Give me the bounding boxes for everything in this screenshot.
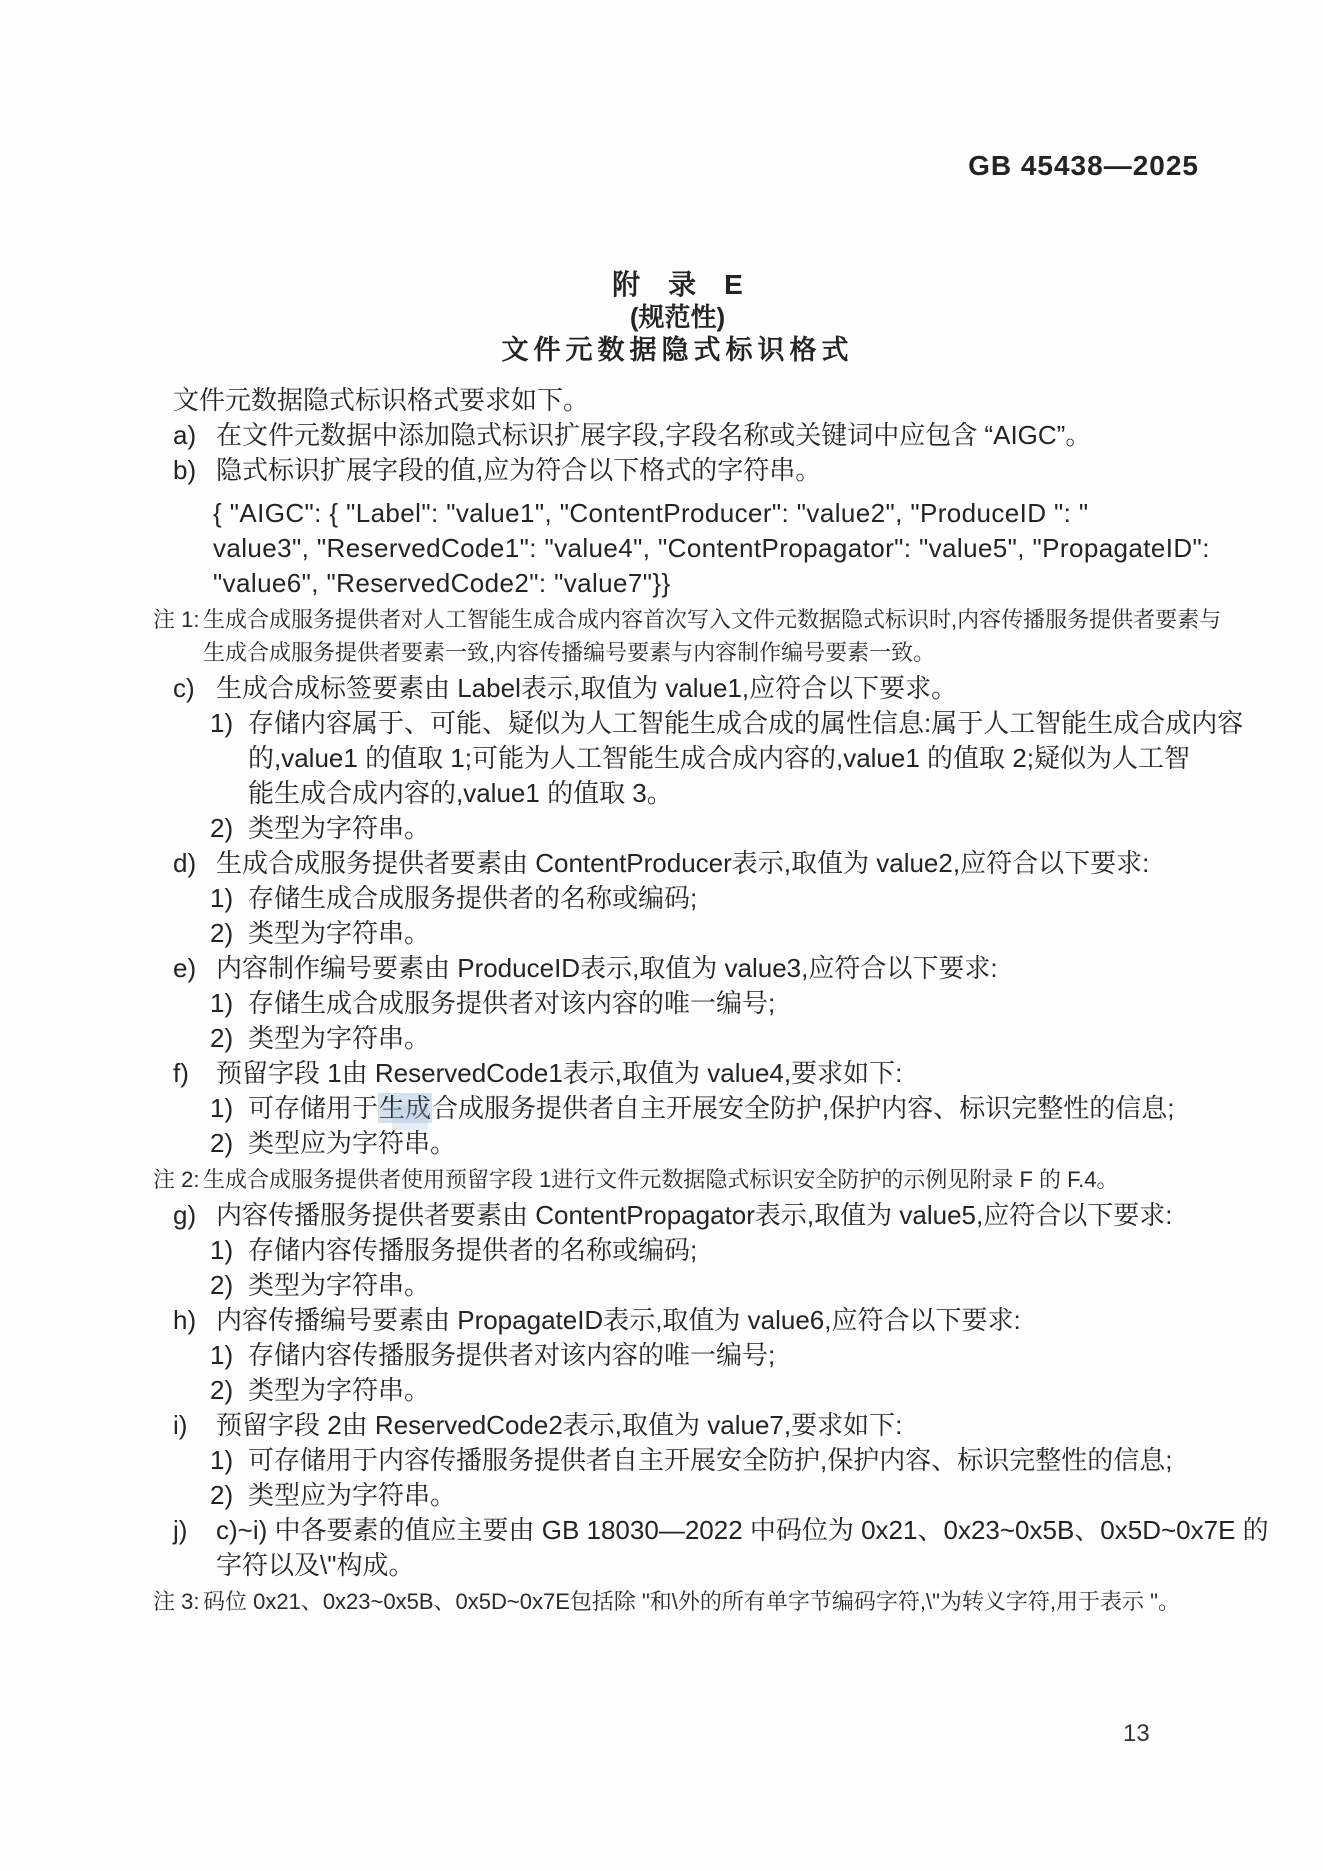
item-c: c)生成合成标签要素由 Label表示,取值为 value1,应符合以下要求。 <box>173 671 1213 706</box>
item-label: c) <box>173 671 216 706</box>
note-1: 注 1:生成合成服务提供者对人工智能生成合成内容首次写入文件元数据隐式标识时,内… <box>153 603 1213 669</box>
item-text: 存储内容属于、可能、疑似为人工智能生成合成的属性信息:属于人工智能生成合成内容的… <box>248 706 1213 811</box>
code-line: "value6", "ReservedCode2": "value7"}} <box>213 566 1213 601</box>
item-f-2: 2)类型应为字符串。 <box>210 1126 1213 1161</box>
item-text: 内容制作编号要素由 ProduceID表示,取值为 value3,应符合以下要求… <box>216 951 998 986</box>
item-f-1: 1)可存储用于生成合成服务提供者自主开展安全防护,保护内容、标识完整性的信息; <box>210 1091 1213 1126</box>
code-block: { "AIGC": { "Label": "value1", "ContentP… <box>213 496 1213 601</box>
item-g: g)内容传播服务提供者要素由 ContentPropagator表示,取值为 v… <box>173 1198 1213 1233</box>
item-label: a) <box>173 418 216 453</box>
item-i: i)预留字段 2由 ReservedCode2表示,取值为 value7,要求如… <box>173 1408 1213 1443</box>
code-line: { "AIGC": { "Label": "value1", "ContentP… <box>213 496 1213 531</box>
item-text: 类型为字符串。 <box>248 811 430 846</box>
item-label: 2) <box>210 1478 248 1513</box>
item-label: d) <box>173 846 216 881</box>
item-text: 类型应为字符串。 <box>248 1126 456 1161</box>
item-label: 2) <box>210 811 248 846</box>
document-body: 文件元数据隐式标识格式要求如下。 a)在文件元数据中添加隐式标识扩展字段,字段名… <box>145 383 1213 1620</box>
item-label: 2) <box>210 916 248 951</box>
item-label: 1) <box>210 706 248 811</box>
item-text: 内容传播编号要素由 PropagateID表示,取值为 value6,应符合以下… <box>216 1303 1021 1338</box>
item-text: 存储内容传播服务提供者对该内容的唯一编号; <box>248 1338 775 1373</box>
note-2: 注 2:生成合成服务提供者使用预留字段 1进行文件元数据隐式标识安全防护的示例见… <box>153 1163 1213 1196</box>
item-j: j)c)~i) 中各要素的值应主要由 GB 18030—2022 中码位为 0x… <box>173 1513 1213 1583</box>
item-label: 1) <box>210 1233 248 1268</box>
item-label: 1) <box>210 881 248 916</box>
item-i-2: 2)类型应为字符串。 <box>210 1478 1213 1513</box>
item-text: 预留字段 2由 ReservedCode2表示,取值为 value7,要求如下: <box>216 1408 902 1443</box>
item-label: 注 2: <box>153 1163 203 1196</box>
item-text: 生成合成标签要素由 Label表示,取值为 value1,应符合以下要求。 <box>216 671 957 706</box>
item-text: 存储内容传播服务提供者的名称或编码; <box>248 1233 697 1268</box>
item-label: 1) <box>210 1338 248 1373</box>
item-label: b) <box>173 453 216 488</box>
page-number: 13 <box>1123 1720 1150 1748</box>
item-label: 注 1: <box>153 603 203 669</box>
item-f: f)预留字段 1由 ReservedCode1表示,取值为 value4,要求如… <box>173 1056 1213 1091</box>
note-3: 注 3:码位 0x21、0x23~0x5B、0x5D~0x7E包括除 "和\外的… <box>153 1585 1213 1618</box>
item-label: h) <box>173 1303 216 1338</box>
item-d-2: 2)类型为字符串。 <box>210 916 1213 951</box>
item-label: 1) <box>210 1091 248 1126</box>
item-text: 隐式标识扩展字段的值,应为符合以下格式的字符串。 <box>216 453 821 488</box>
item-text: 类型应为字符串。 <box>248 1478 456 1513</box>
item-label: 1) <box>210 1443 248 1478</box>
item-g-2: 2)类型为字符串。 <box>210 1268 1213 1303</box>
item-d-1: 1)存储生成合成服务提供者的名称或编码; <box>210 881 1213 916</box>
item-label: 1) <box>210 986 248 1021</box>
intro-paragraph: 文件元数据隐式标识格式要求如下。 <box>173 383 1213 418</box>
item-i-1: 1)可存储用于内容传播服务提供者自主开展安全防护,保护内容、标识完整性的信息; <box>210 1443 1213 1478</box>
item-text: 存储生成合成服务提供者的名称或编码; <box>248 881 697 916</box>
item-d: d)生成合成服务提供者要素由 ContentProducer表示,取值为 val… <box>173 846 1213 881</box>
item-b: b)隐式标识扩展字段的值,应为符合以下格式的字符串。 <box>173 453 1213 488</box>
item-text: 存储生成合成服务提供者对该内容的唯一编号; <box>248 986 775 1021</box>
item-text: 可存储用于内容传播服务提供者自主开展安全防护,保护内容、标识完整性的信息; <box>248 1443 1172 1478</box>
item-label: g) <box>173 1198 216 1233</box>
item-text: 在文件元数据中添加隐式标识扩展字段,字段名称或关键词中应包含 “AIGC”。 <box>216 418 1091 453</box>
item-label: j) <box>173 1513 216 1583</box>
scan-highlight: 生成 <box>378 1093 432 1123</box>
item-label: e) <box>173 951 216 986</box>
item-text: 预留字段 1由 ReservedCode1表示,取值为 value4,要求如下: <box>216 1056 902 1091</box>
item-text: 生成合成服务提供者要素由 ContentProducer表示,取值为 value… <box>216 846 1149 881</box>
item-label: 2) <box>210 1021 248 1056</box>
item-text: 生成合成服务提供者对人工智能生成合成内容首次写入文件元数据隐式标识时,内容传播服… <box>203 603 1213 669</box>
appendix-normative-label: (规范性) <box>145 301 1210 334</box>
appendix-title-block: 附 录 E (规范性) 文件元数据隐式标识格式 <box>145 268 1210 367</box>
item-text: 生成合成服务提供者使用预留字段 1进行文件元数据隐式标识安全防护的示例见附录 F… <box>203 1163 1118 1196</box>
code-line: value3", "ReservedCode1": "value4", "Con… <box>213 531 1213 566</box>
item-text: 码位 0x21、0x23~0x5B、0x5D~0x7E包括除 "和\外的所有单字… <box>203 1585 1180 1618</box>
item-e-1: 1)存储生成合成服务提供者对该内容的唯一编号; <box>210 986 1213 1021</box>
item-label: 2) <box>210 1268 248 1303</box>
item-e-2: 2)类型为字符串。 <box>210 1021 1213 1056</box>
item-h: h)内容传播编号要素由 PropagateID表示,取值为 value6,应符合… <box>173 1303 1213 1338</box>
item-e: e)内容制作编号要素由 ProduceID表示,取值为 value3,应符合以下… <box>173 951 1213 986</box>
item-label: i) <box>173 1408 216 1443</box>
item-a: a)在文件元数据中添加隐式标识扩展字段,字段名称或关键词中应包含 “AIGC”。 <box>173 418 1213 453</box>
item-label: 2) <box>210 1126 248 1161</box>
item-label: f) <box>173 1056 216 1091</box>
standard-number: GB 45438—2025 <box>968 150 1199 182</box>
item-label: 2) <box>210 1373 248 1408</box>
item-c-1: 1)存储内容属于、可能、疑似为人工智能生成合成的属性信息:属于人工智能生成合成内… <box>210 706 1213 811</box>
item-label: 注 3: <box>153 1585 203 1618</box>
item-text: 类型为字符串。 <box>248 916 430 951</box>
item-text: 内容传播服务提供者要素由 ContentPropagator表示,取值为 val… <box>216 1198 1172 1233</box>
item-g-1: 1)存储内容传播服务提供者的名称或编码; <box>210 1233 1213 1268</box>
item-h-2: 2)类型为字符串。 <box>210 1373 1213 1408</box>
document-page: GB 45438—2025 附 录 E (规范性) 文件元数据隐式标识格式 文件… <box>0 0 1323 1871</box>
item-h-1: 1)存储内容传播服务提供者对该内容的唯一编号; <box>210 1338 1213 1373</box>
item-text: c)~i) 中各要素的值应主要由 GB 18030—2022 中码位为 0x21… <box>216 1513 1213 1583</box>
item-text: 类型为字符串。 <box>248 1373 430 1408</box>
item-c-2: 2)类型为字符串。 <box>210 811 1213 846</box>
appendix-subtitle: 文件元数据隐式标识格式 <box>145 334 1210 367</box>
appendix-heading: 附 录 E <box>145 268 1210 301</box>
item-text: 可存储用于生成合成服务提供者自主开展安全防护,保护内容、标识完整性的信息; <box>248 1091 1174 1126</box>
item-text: 类型为字符串。 <box>248 1021 430 1056</box>
item-text: 类型为字符串。 <box>248 1268 430 1303</box>
